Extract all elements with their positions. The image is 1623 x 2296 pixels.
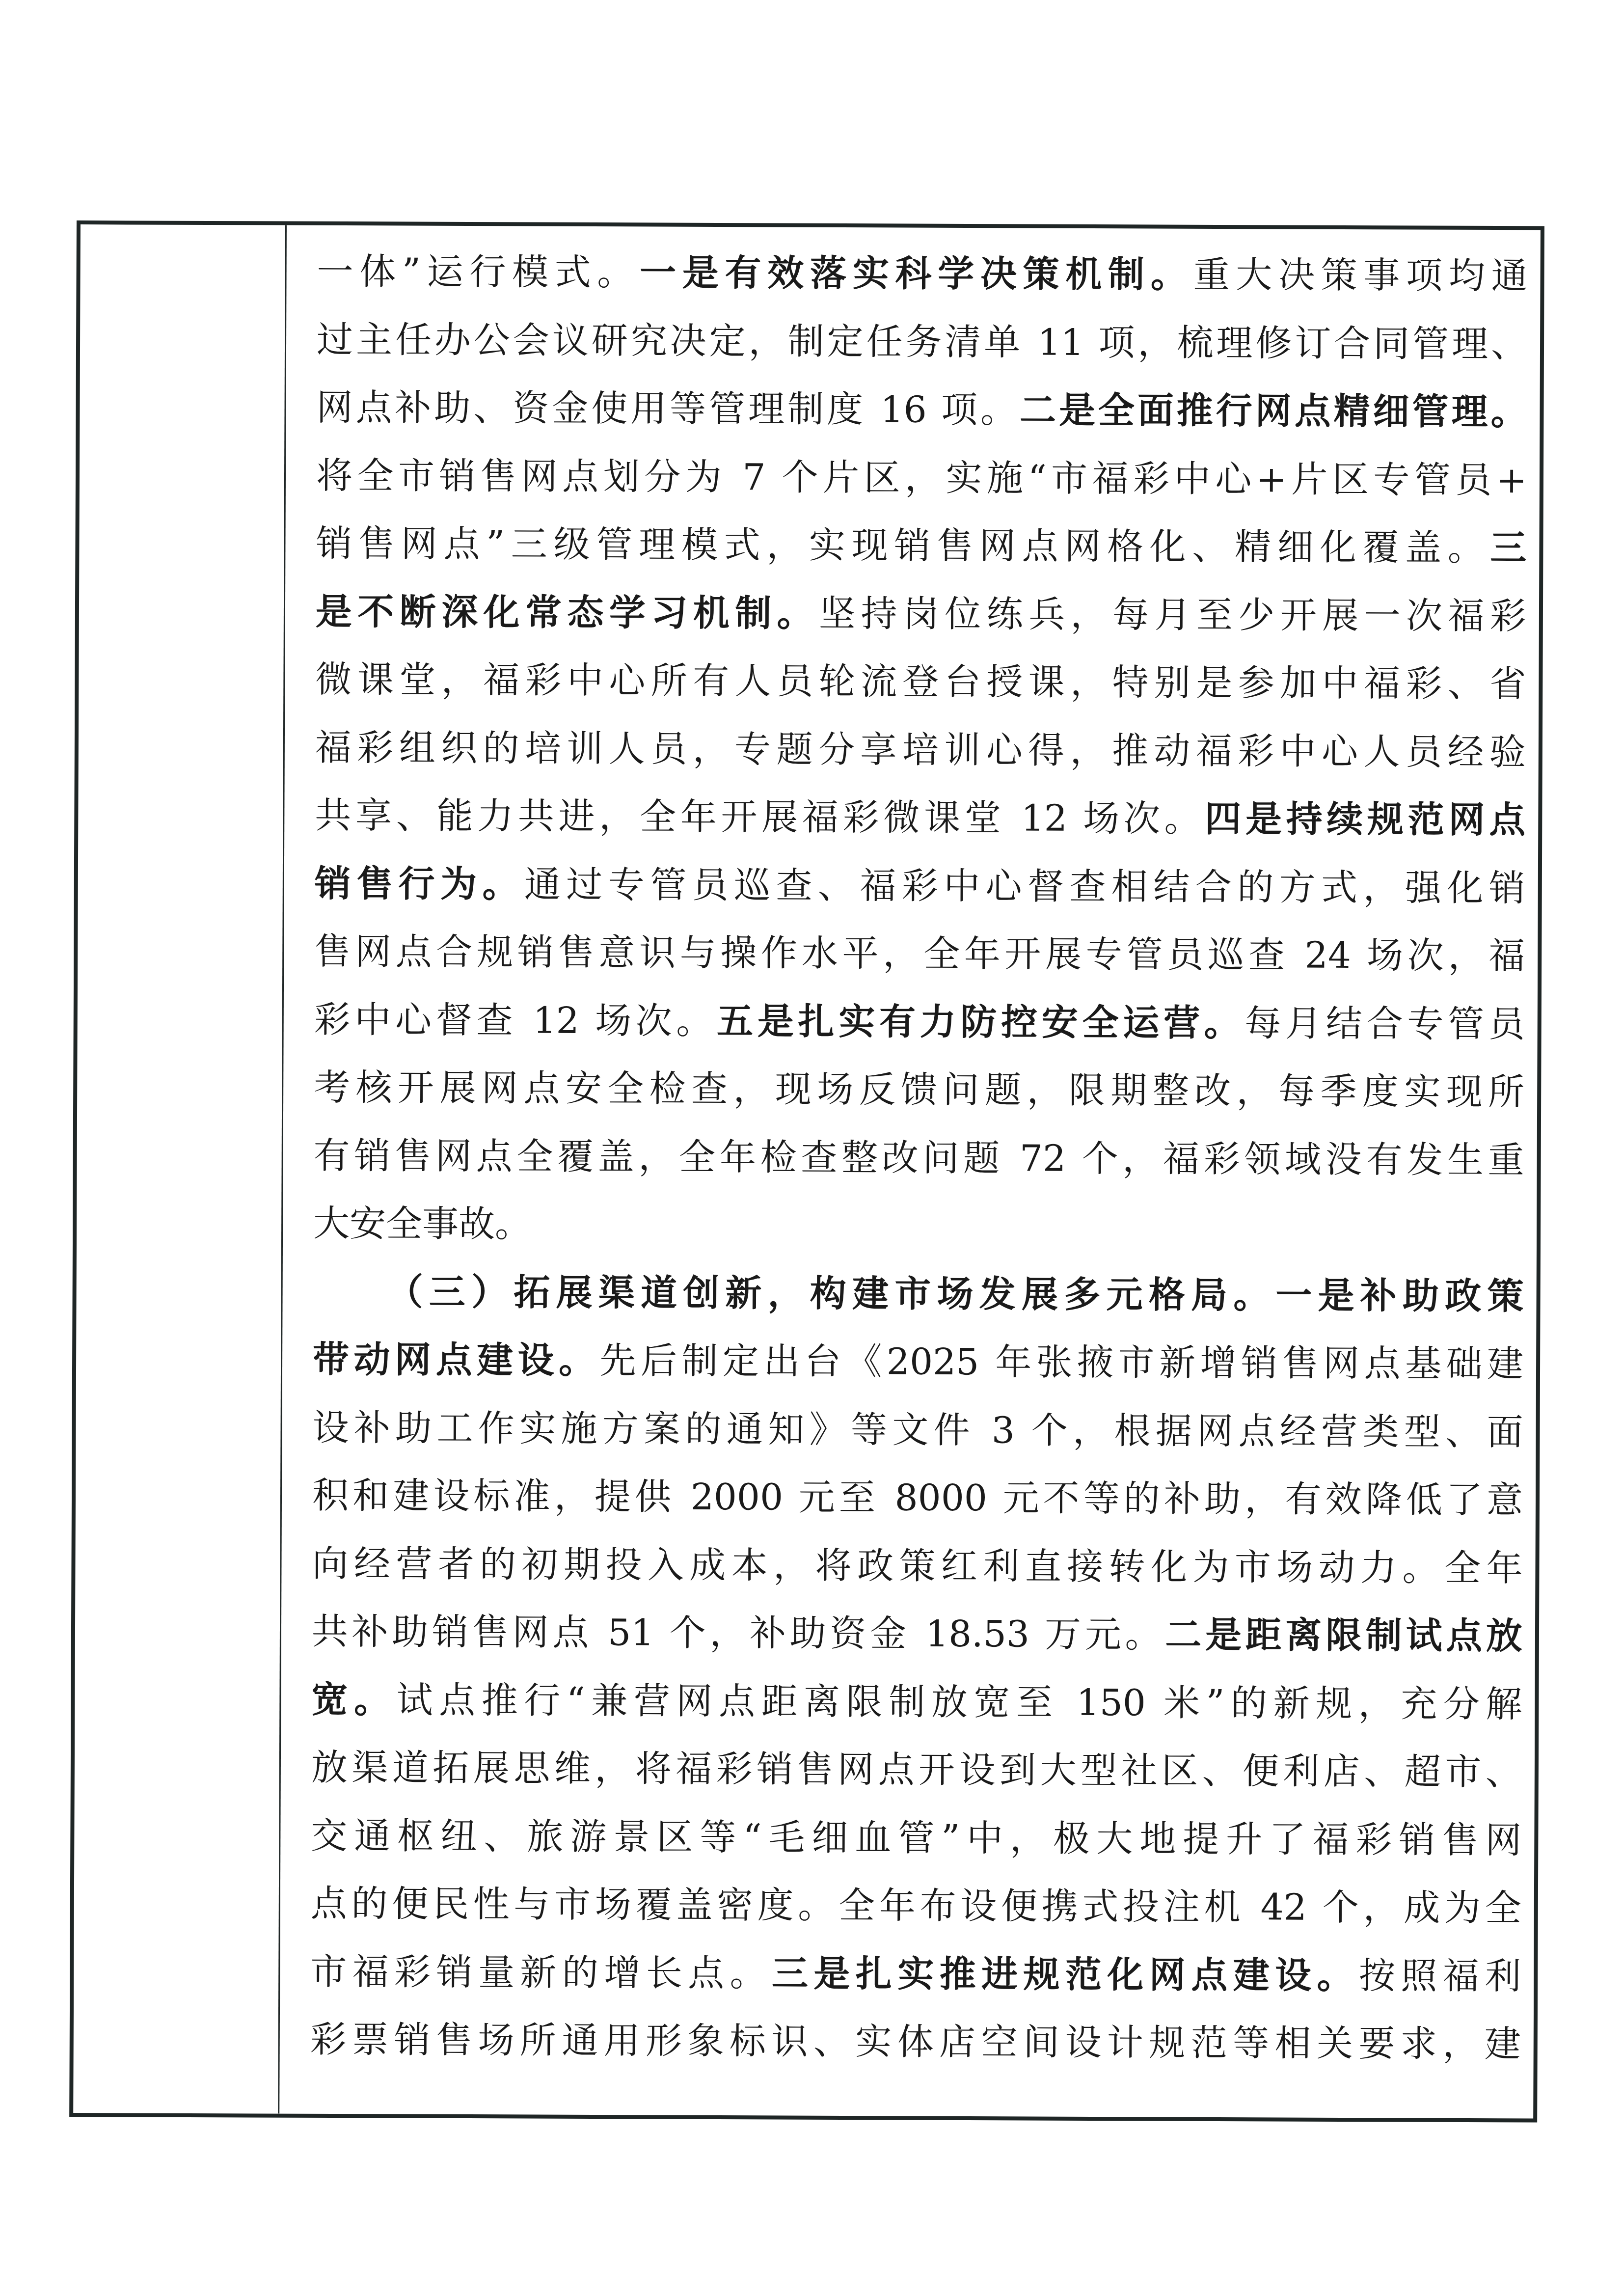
text-segment: 按照福利 [1359,1955,1521,1997]
bold-text-segment: 是不断深化常态学习机制。 [316,590,819,634]
text-segment: 重大决策事项均通 [1193,254,1527,298]
text-segment: 将全市销售网点划分为 7 个片区，实施“市福彩中心+片区专管员+ [316,454,1527,501]
body-text-line: 放渠道拓展思维，将福彩销售网点开设到大型社区、便利店、超市、 [311,1745,1522,1818]
bold-text-segment: （三）拓展渠道创新，构建市场发展多元格局。一是补助政策 [386,1271,1523,1317]
body-text-line: 向经营者的初期投入成本，将政策红利直接转化为市场动力。全年 [312,1541,1523,1613]
text-segment: 放渠道拓展思维，将福彩销售网点开设到大型社区、便利店、超市、 [311,1747,1522,1793]
text-segment: 每月结合专管员 [1244,1002,1525,1045]
text-segment: 销售网点”三级管理模式，实现销售网点网格化、精细化覆盖。 [316,522,1490,569]
text-segment: 坚持岗位练兵，每月至少开展一次福彩 [819,592,1526,637]
body-text-line: 是不断深化常态学习机制。坚持岗位练兵，每月至少开展一次福彩 [316,589,1527,661]
body-text-line: 点的便民性与市场覆盖密度。全年布设便携式投注机 42 个，成为全 [310,1881,1521,1954]
text-segment: 售网点合规销售意识与操作水平，全年开展专管员巡查 24 场次，福 [314,930,1525,977]
body-text-line: 设补助工作实施方案的通知》等文件 3 个，根据网点经营类型、面 [312,1405,1523,1477]
body-text-line: 福彩组织的培训人员，专题分享培训心得，推动福彩中心人员经验 [315,725,1526,797]
bold-text-segment: 三 [1490,527,1526,569]
body-text-line: 带动网点建设。先后制定出台《2025 年张掖市新增销售网点基础建 [313,1337,1524,1410]
body-text-line: 共享、能力共进，全年开展福彩微课堂 12 场次。四是持续规范网点 [315,793,1526,866]
text-segment: 一体”运行模式。 [317,250,640,294]
body-text-line: 积和建设标准，提供 2000 元至 8000 元不等的补助，有效降低了意 [312,1473,1523,1546]
text-segment: 大安全事故。 [313,1203,531,1246]
body-text-line: 销售网点”三级管理模式，实现销售网点网格化、精细化覆盖。三 [316,521,1527,594]
text-segment: 点的便民性与市场覆盖密度。全年布设便携式投注机 42 个，成为全 [311,1883,1521,1929]
body-text-line: 一体”运行模式。一是有效落实科学决策机制。重大决策事项均通 [317,249,1528,322]
text-segment: 过主任办公会议研究决定，制定任务清单 11 项，梳理修订合同管理、 [317,318,1527,365]
bold-text-segment: 三是扎实推进规范化网点建设。 [772,1952,1359,1997]
body-text-line: 市福彩销量新的增长点。三是扎实推进规范化网点建设。按照福利 [310,1949,1521,2022]
text-segment: 考核开展网点安全检查，现场反馈问题，限期整改，每季度实现所 [314,1066,1524,1113]
body-text-line: 共补助销售网点 51 个，补助资金 18.53 万元。二是距离限制试点放 [312,1609,1523,1682]
bold-text-segment: 销售行为。 [315,862,524,905]
text-segment: 微课堂，福彩中心所有人员轮流登台授课，特别是参加中福彩、省 [315,658,1526,705]
text-segment: 交通枢纽、旅游景区等“毛细血管”中，极大地提升了福彩销售网 [311,1814,1521,1861]
table-left-column [73,224,287,2114]
body-text-line: 售网点合规销售意识与操作水平，全年开展专管员巡查 24 场次，福 [314,929,1525,1002]
text-segment: 有销售网点全覆盖，全年检查整改问题 72 个，福彩领域没有发生重 [314,1134,1524,1181]
text-segment: 积和建设标准，提供 2000 元至 8000 元不等的补助，有效降低了意 [312,1475,1523,1521]
text-segment: 市福彩销量新的增长点。 [310,1950,772,1995]
section-heading-line: （三）拓展渠道创新，构建市场发展多元格局。一是补助政策 [313,1269,1524,1341]
bold-text-segment: 带动网点建设。 [313,1339,600,1382]
text-segment: 试点推行“兼营网点距离限制放宽至 150 米”的新规，充分解 [396,1679,1522,1725]
body-text-line: 过主任办公会议研究决定，制定任务清单 11 项，梳理修订合同管理、 [317,317,1528,389]
text-segment: 彩中心督查 12 场次。 [314,998,717,1042]
text-segment: 共享、能力共进，全年开展福彩微课堂 12 场次。 [315,794,1205,840]
bold-text-segment: 四是持续规范网点 [1205,798,1525,842]
bold-text-segment: 宽。 [311,1678,396,1721]
text-segment: 向经营者的初期投入成本，将政策红利直接转化为市场动力。全年 [312,1542,1522,1589]
body-text-line: 销售行为。通过专管员巡查、福彩中心督查相结合的方式，强化销 [314,861,1525,933]
body-text-line: 微课堂，福彩中心所有人员轮流登台授课，特别是参加中福彩、省 [315,657,1526,730]
document-table: 一体”运行模式。一是有效落实科学决策机制。重大决策事项均通过主任办公会议研究决定… [69,220,1544,2122]
text-segment: 福彩组织的培训人员，专题分享培训心得，推动福彩中心人员经验 [315,726,1526,773]
body-text-line: 将全市销售网点划分为 7 个片区，实施“市福彩中心+片区专管员+ [316,453,1527,525]
bold-text-segment: 二是全面推行网点精细管理。 [1020,389,1527,433]
text-segment: 设补助工作实施方案的通知》等文件 3 个，根据网点经营类型、面 [312,1406,1523,1453]
body-text-line: 彩票销售场所通用形象标识、实体店空间设计规范等相关要求，建 [310,2017,1521,2090]
body-text-line: 考核开展网点安全检查，现场反馈问题，限期整改，每季度实现所 [314,1065,1525,1138]
text-segment: 通过专管员巡查、福彩中心督查相结合的方式，强化销 [524,863,1525,909]
body-text-line: 大安全事故。 [313,1201,1524,1274]
table-right-column: 一体”运行模式。一是有效落实科学决策机制。重大决策事项均通过主任办公会议研究决定… [279,225,1541,2119]
body-text-line: 彩中心督查 12 场次。五是扎实有力防控安全运营。每月结合专管员 [314,997,1525,1069]
text-segment: 共补助销售网点 51 个，补助资金 18.53 万元。 [312,1611,1165,1656]
body-text-line: 有销售网点全覆盖，全年检查整改问题 72 个，福彩领域没有发生重 [313,1133,1524,1205]
body-text-line: 网点补助、资金使用等管理制度 16 项。二是全面推行网点精细管理。 [316,385,1527,458]
bold-text-segment: 一是有效落实科学决策机制。 [640,251,1193,296]
body-text-line: 交通枢纽、旅游景区等“毛细血管”中，极大地提升了福彩销售网 [311,1813,1522,1886]
text-segment: 先后制定出台《2025 年张掖市新增销售网点基础建 [599,1339,1523,1385]
text-segment: 网点补助、资金使用等管理制度 16 项。 [316,386,1020,431]
bold-text-segment: 五是扎实有力防控安全运营。 [717,1000,1245,1044]
bold-text-segment: 二是距离限制试点放 [1165,1614,1522,1658]
text-segment: 彩票销售场所通用形象标识、实体店空间设计规范等相关要求，建 [310,2019,1521,2065]
body-text-line: 宽。试点推行“兼营网点距离限制放宽至 150 米”的新规，充分解 [311,1677,1522,1749]
